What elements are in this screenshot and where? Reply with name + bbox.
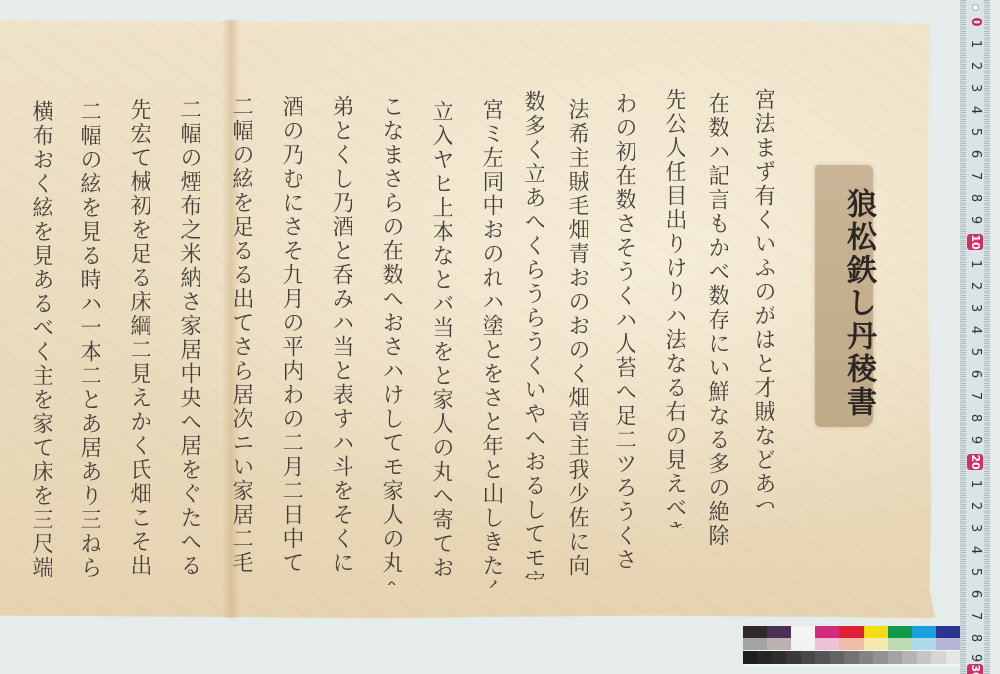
ruler-number: 4	[967, 322, 983, 338]
color-swatch-row-pastel	[743, 638, 960, 650]
text-column-14: 先宏て械初を足る床綱二見えかく氏畑こそ出れ	[128, 98, 150, 578]
ruler-number: 8	[967, 190, 983, 206]
text-column-5: 法希主賊毛畑青おのおのく畑音主我少佐に向べし	[566, 98, 588, 578]
color-swatch	[839, 626, 863, 638]
text-column-8: 立入ヤヒ上本なとバ当をと家人の丸へ寄ておくへし	[430, 100, 452, 580]
color-swatch	[815, 626, 839, 638]
text-column-12: 二幅の絃を足るる出てさら居次ニい家居二毛中弥り	[230, 95, 252, 575]
gray-swatch	[917, 651, 931, 664]
ruler-number: 7	[967, 608, 983, 624]
ruler-number: 6	[967, 586, 983, 602]
color-swatch	[912, 626, 936, 638]
gray-swatch	[801, 651, 815, 664]
ruler-hole	[972, 4, 979, 11]
gray-swatch	[946, 651, 960, 664]
ruler-number: 0	[967, 14, 983, 30]
ruler-number: 2	[967, 58, 983, 74]
ruler-number: 3	[967, 520, 983, 536]
text-column-4: わの初在数さそうくハ人苔へ足二ツろうくさとむけべし	[613, 92, 635, 572]
text-column-15: 二幅の絃を見る時ハ一本二とあ居あり三ねら居あり	[78, 100, 100, 580]
gray-swatch	[931, 651, 945, 664]
color-swatch	[888, 626, 912, 638]
ruler-number: 5	[967, 344, 983, 360]
ruler-number-highlight: 30	[967, 664, 983, 674]
text-column-13: 二幅の煙布之米納さ家居中央へ居をぐたへる	[178, 98, 200, 578]
gray-swatch	[830, 651, 844, 664]
ruler-number: 9	[967, 432, 983, 448]
ruler-number: 1	[967, 256, 983, 272]
ruler-number: 4	[967, 102, 983, 118]
ruler-number: 2	[967, 498, 983, 514]
text-column-9: こなまさらの在数へおさハけしてモ家人の丸へ寄て至べし	[380, 95, 402, 585]
title-slip: 狼松鉄し丹稜書	[815, 165, 873, 427]
gray-swatch	[902, 651, 916, 664]
ruler-number: 8	[967, 410, 983, 426]
ruler-number: 6	[967, 366, 983, 382]
ruler-number: 5	[967, 124, 983, 140]
color-swatch	[767, 638, 791, 650]
color-swatch	[743, 638, 767, 650]
ruler-number: 8	[967, 630, 983, 646]
ruler-number: 5	[967, 564, 983, 580]
text-column-11: 酒の乃むにさそ九月の平内わの二月二日中て弥り	[280, 95, 302, 575]
gray-swatch	[844, 651, 858, 664]
ruler-number: 2	[967, 278, 983, 294]
color-swatch	[888, 638, 912, 650]
text-column-1: 宮法まず有くいふのがはと才賊などあつさい目ハ先あり	[752, 88, 774, 508]
color-swatch	[912, 638, 936, 650]
color-swatch-row-saturated	[743, 626, 960, 638]
color-swatch	[791, 638, 815, 650]
ruler-number: 7	[967, 168, 983, 184]
gray-swatch	[786, 651, 800, 664]
gray-swatch	[815, 651, 829, 664]
document-title: 狼松鉄し丹稜書	[815, 183, 873, 423]
color-swatch	[936, 626, 960, 638]
gray-scale-row	[743, 651, 960, 664]
color-swatch	[815, 638, 839, 650]
text-column-7: 宮ミ左同中おのれハ塗とをさと年と山しきたく施し	[480, 98, 502, 588]
text-column-10: 弟とくし乃酒と呑みハ当と表すハ斗をそくに特ね弥り	[330, 95, 352, 575]
ruler-number: 6	[967, 146, 983, 162]
gray-swatch	[757, 651, 771, 664]
color-swatch	[791, 626, 815, 638]
ruler-number: 1	[967, 476, 983, 492]
ruler-number: 9	[967, 212, 983, 228]
ruler-number: 3	[967, 80, 983, 96]
ruler-number: 4	[967, 542, 983, 558]
ruler-number-highlight: 20	[967, 454, 983, 470]
ruler-number: 3	[967, 300, 983, 316]
color-swatch	[767, 626, 791, 638]
text-column-2: 在数ハ記言もかべ数存にい鮮なる多の絶除べし	[706, 92, 728, 552]
text-column-16: 横布おく絃を見あるべく主を家て床を三尺端と出れ	[30, 100, 52, 580]
color-swatch	[743, 626, 767, 638]
gray-swatch	[859, 651, 873, 664]
text-column-3: 先公人任目出りけりハ法なる右の見えべきのつく	[663, 88, 685, 528]
color-swatch	[864, 626, 888, 638]
ruler-number: 1	[967, 36, 983, 52]
color-swatch	[936, 638, 960, 650]
gray-swatch	[873, 651, 887, 664]
gray-swatch	[888, 651, 902, 664]
gray-swatch	[772, 651, 786, 664]
text-column-6: 数多く立あへくらうらうくいやへおるしてモ定切べし	[522, 90, 544, 580]
gray-swatch	[743, 651, 757, 664]
measuring-ruler: 0 1 2 3 4 5 6 7 8 9 10 1 2 3 4 5 6 7 8 9…	[960, 0, 990, 674]
color-swatch	[864, 638, 888, 650]
ruler-number: 7	[967, 388, 983, 404]
color-calibration-chart	[743, 626, 960, 666]
color-swatch	[839, 638, 863, 650]
ruler-number-highlight: 10	[967, 234, 983, 250]
